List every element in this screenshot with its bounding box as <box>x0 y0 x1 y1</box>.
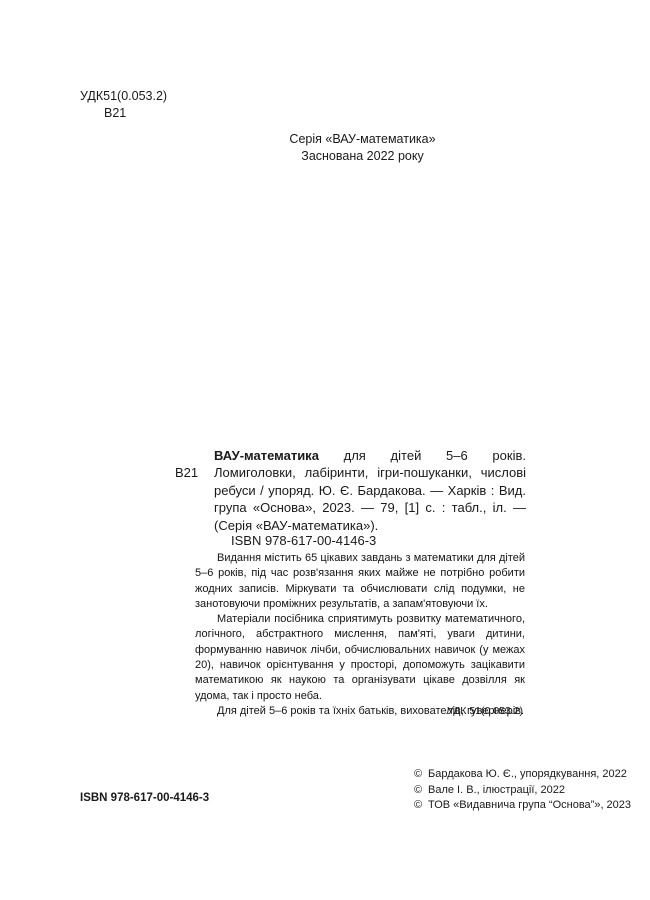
annotation-paragraph-1: Видання містить 65 цікавих завдань з мат… <box>195 551 525 612</box>
series-founded: Заснована 2022 року <box>0 148 650 165</box>
udk-classification-bottom: УДК 51(0.053.2) <box>447 704 523 718</box>
bibliographic-record: ВАУ-математика для дітей 5–6 років. Ломи… <box>214 447 526 534</box>
annotation: Видання містить 65 цікавих завдань з мат… <box>195 551 525 719</box>
isbn-bottom: ISBN 978-617-00-4146-3 <box>80 791 209 806</box>
book-title: ВАУ-математика <box>214 448 319 463</box>
copyright-icon: © <box>414 767 428 783</box>
catalog-cutter: В21 <box>175 464 198 481</box>
copyright-text: Вале І. В., ілюстрації, 2022 <box>428 784 565 796</box>
cutter-code: В21 <box>80 105 167 122</box>
udk-code: УДК51(0.053.2) <box>80 88 167 105</box>
annotation-paragraph-2: Матеріали посібника сприятимуть розвитку… <box>195 612 525 704</box>
copyright-text: Бардакова Ю. Є., упорядкування, 2022 <box>428 768 627 780</box>
udk-classification-top: УДК51(0.053.2) В21 <box>80 88 167 122</box>
copyright-line: ©Вале І. В., ілюстрації, 2022 <box>414 783 631 799</box>
copyright-block: ©Бардакова Ю. Є., упорядкування, 2022 ©В… <box>414 767 631 814</box>
copyright-icon: © <box>414 798 428 814</box>
series-title: Серія «ВАУ-математика» <box>0 131 650 148</box>
copyright-line: ©Бардакова Ю. Є., упорядкування, 2022 <box>414 767 631 783</box>
copyright-icon: © <box>414 783 428 799</box>
isbn-record: ISBN 978-617-00-4146-3 <box>231 532 376 549</box>
copyright-text: ТОВ «Видавнича група “Основа”», 2023 <box>428 799 631 811</box>
copyright-line: ©ТОВ «Видавнича група “Основа”», 2023 <box>414 798 631 814</box>
series-info: Серія «ВАУ-математика» Заснована 2022 ро… <box>0 131 650 165</box>
